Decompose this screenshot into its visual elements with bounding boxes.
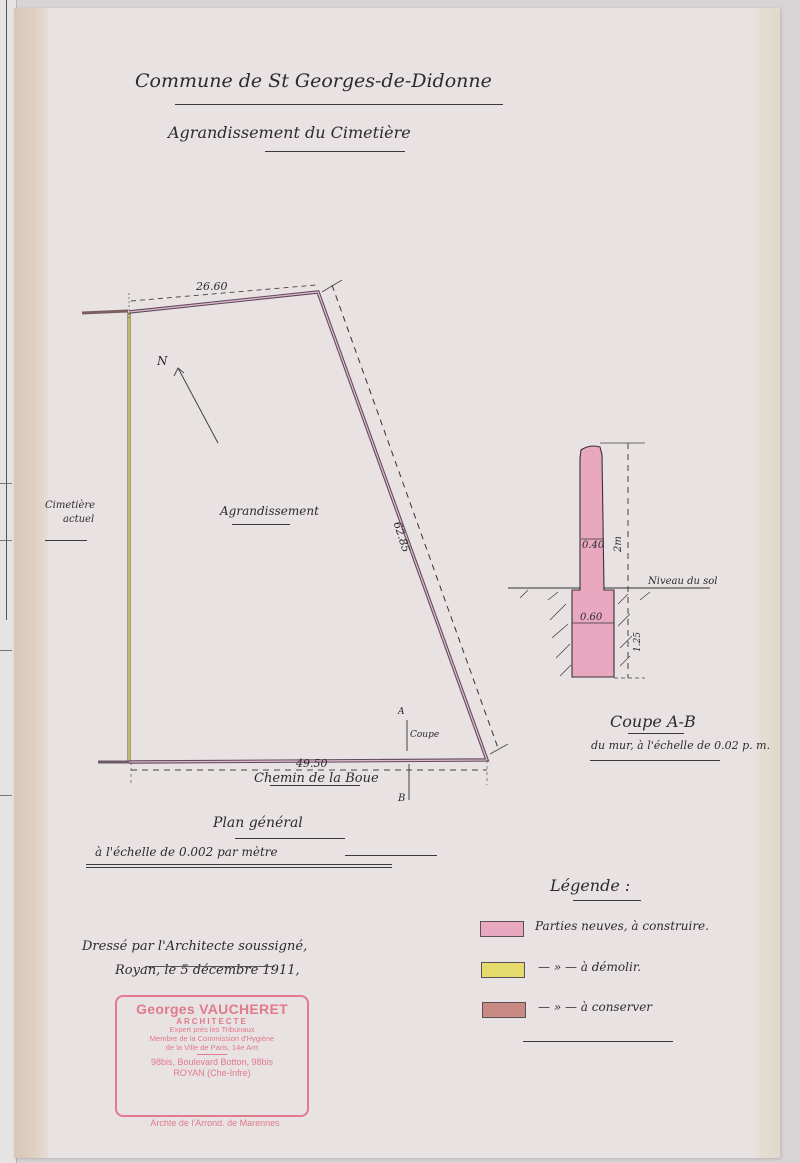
plan-scale-underline [86, 864, 392, 865]
section-title-underline [628, 733, 684, 734]
architect-stamp: Georges VAUCHERET ARCHITECTE Expert près… [115, 995, 309, 1117]
existing-cemetery-label-2: actuel [63, 514, 94, 525]
legend-swatch-conserve [482, 1002, 526, 1018]
section-scale-underline [590, 760, 720, 761]
signature-rule [145, 966, 275, 967]
stamp-footer: Archte de l'Arrond. de Marennes [120, 1118, 310, 1128]
stamp-name: Georges VAUCHERET [117, 1001, 307, 1017]
existing-cemetery-underline [45, 540, 87, 541]
legend-item-new: Parties neuves, à construire. [535, 919, 709, 933]
plan-title-underline [235, 838, 345, 839]
legend-title: Légende : [550, 876, 630, 895]
section-scale: du mur, à l'échelle de 0.02 p. m. [591, 739, 770, 752]
stamp-line-5: de la Ville de Paris, 14e Arrt [117, 1044, 307, 1053]
new-walls [129, 292, 487, 762]
extension-label: Agrandissement [220, 504, 319, 518]
legend-title-underline [573, 900, 641, 901]
stamp-address: 98bis, Boulevard Botton, 98bis [117, 1057, 307, 1067]
plan-scale: à l'échelle de 0.002 par mètre [95, 845, 278, 859]
signature-line-1: Dressé par l'Architecte soussigné, [82, 939, 307, 954]
legend-swatch-new [480, 921, 524, 937]
wall-width-label: 0.40 [582, 540, 604, 551]
plan-scale-trail-line [345, 855, 437, 856]
ground-level-label: Niveau du sol [648, 576, 717, 587]
legend-item-conserve: — » — à conserver [538, 1000, 652, 1014]
extension-underline [232, 524, 290, 525]
plan-title: Plan général [213, 815, 303, 831]
wall-section [572, 446, 614, 677]
stamp-separator [197, 1054, 227, 1055]
section-height-label: 2m [613, 536, 624, 552]
section-title: Coupe A-B [610, 712, 696, 731]
section-cut-label: Coupe [410, 730, 439, 740]
stamp-city: ROYAN (Che-Infre) [117, 1068, 307, 1078]
legend-bottom-rule [523, 1041, 673, 1042]
north-arrow [178, 368, 218, 443]
foundation-width-label: 0.60 [580, 612, 602, 623]
plan-scale-underline-2 [86, 867, 392, 868]
foundation-depth-label: 1.25 [633, 632, 643, 652]
road-underline [270, 785, 360, 786]
top-dimension-label: 26.60 [196, 280, 228, 293]
existing-cemetery-label: Cimetière [45, 500, 95, 511]
road-label: Chemin de la Boue [254, 771, 379, 786]
section-marker-b: B [398, 793, 405, 804]
legend-item-demolish: — » — à démolir. [538, 960, 641, 974]
section-marker-a: A [398, 707, 405, 717]
bottom-dimension-label: 49.50 [296, 757, 328, 770]
north-label: N [157, 354, 168, 368]
legend-swatch-demolish [481, 962, 525, 978]
existing-wall-stub [82, 311, 128, 313]
